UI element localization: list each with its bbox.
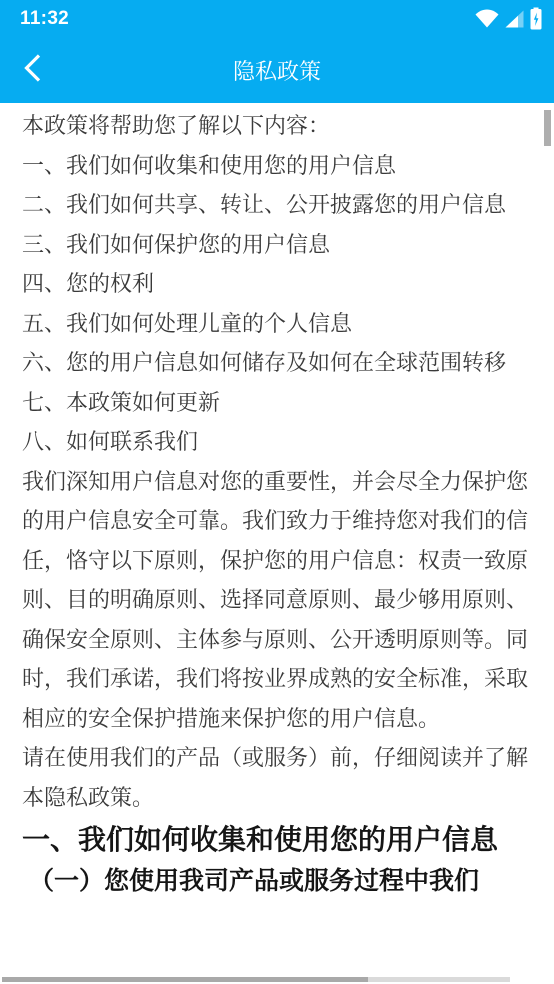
vertical-scrollbar-thumb[interactable] [544,110,551,146]
status-bar: 11:32 [0,0,554,37]
cellular-signal-icon [505,10,524,28]
toc-item-5: 五、我们如何处理儿童的个人信息 [22,304,532,344]
toc-item-4: 四、您的权利 [22,264,532,304]
status-bar-time: 11:32 [20,8,69,30]
back-button[interactable] [16,51,50,89]
policy-paragraph-read-notice: 请在使用我们的产品（或服务）前，仔细阅读并了解本隐私政策。 [22,738,532,817]
page-title: 隐私政策 [0,55,554,86]
wifi-icon [475,9,499,28]
subsection-heading-usage-process: （一）您使用我司产品或服务过程中我们 [22,861,532,901]
toc-item-8: 八、如何联系我们 [22,422,532,462]
section-heading-collect-use: 一、我们如何收集和使用您的用户信息 [22,819,532,861]
policy-content[interactable]: 本政策将帮助您了解以下内容： 一、我们如何收集和使用您的用户信息 二、我们如何共… [0,103,554,901]
toc-item-2: 二、我们如何共享、转让、公开披露您的用户信息 [22,185,532,225]
toc-item-3: 三、我们如何保护您的用户信息 [22,225,532,265]
policy-paragraph-principles: 我们深知用户信息对您的重要性，并会尽全力保护您的用户信息安全可靠。我们致力于维持… [22,462,532,739]
policy-intro: 本政策将帮助您了解以下内容： [22,106,532,146]
status-bar-icons [475,7,542,30]
toc-item-7: 七、本政策如何更新 [22,383,532,423]
battery-charging-icon [530,7,542,30]
horizontal-scrollbar-thumb[interactable] [2,977,368,982]
toc-item-1: 一、我们如何收集和使用您的用户信息 [22,146,532,186]
horizontal-scrollbar-track[interactable] [2,977,510,982]
app-bar: 隐私政策 [0,37,554,103]
back-chevron-icon [20,52,46,89]
toc-item-6: 六、您的用户信息如何储存及如何在全球范围转移 [22,343,532,383]
